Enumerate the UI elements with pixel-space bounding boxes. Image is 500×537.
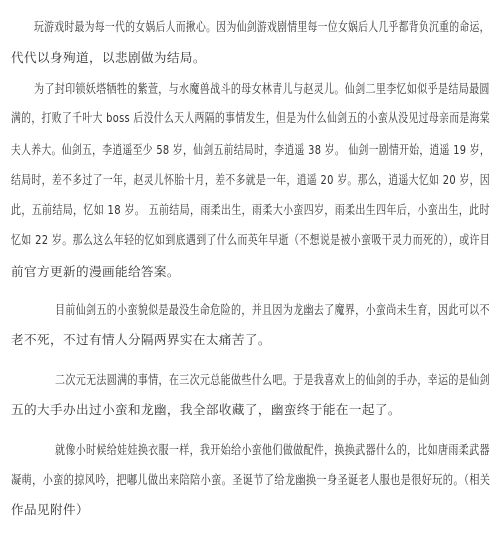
paragraph-line: 前官方更新的漫画能给答案。 bbox=[11, 262, 490, 282]
paragraph-line: 五的大手办出过小蛮和龙幽，我全部收藏了，幽蛮终于能在一起了。 bbox=[11, 400, 490, 420]
paragraph-line: 就像小时候给娃娃换衣服一样，我开始给小蛮他们做做配件，换换武器什么的，比如唐雨柔… bbox=[55, 440, 402, 460]
paragraph-line: 代代以身殉道，以悲剧做为结局。 bbox=[11, 48, 490, 68]
paragraph-line: 玩游戏时最为每一代的女娲后人而揪心。因为仙剑游戏剧情里每一位女娲后人几乎都背负沉… bbox=[34, 17, 389, 37]
paragraph-line: 目前仙剑五的小蛮貌似是最没生命危险的，并且因为龙幽去了魔界，小蛮尚未生育，因此可… bbox=[55, 300, 402, 320]
paragraph-line: 为了封印锁妖塔牺牲的紫萱，与水魔兽战斗的母女林青儿与赵灵儿。仙剑二里李忆如似乎是… bbox=[34, 79, 398, 99]
paragraph-line: 老不死，不过有情人分隔两界实在太痛苦了。 bbox=[11, 330, 490, 350]
paragraph-line: 忆如 22 岁。那么这么年轻的忆如到底遇到了什么而英年早逝（不想说是被小蛮吸干灵… bbox=[11, 230, 391, 250]
paragraph-line: 此，五前结局，忆如 18 岁。 五前结局，雨柔出生，雨柔大小蛮四岁，雨柔出生四年… bbox=[11, 200, 392, 220]
paragraph-line: 作品见附件） bbox=[11, 500, 490, 520]
paragraph-line: 满的，打败了千叶大 boss 后没什么天人两隔的事情发生，但是为什么仙剑五的小蛮… bbox=[11, 108, 387, 128]
paragraph-line: 夫人养大。仙剑五，李逍遥至少 58 岁，仙剑五前结局时，李逍遥 38 岁。 仙剑… bbox=[11, 140, 385, 160]
paragraph-line: 结局时，差不多过了一年，赵灵儿怀胎十月，差不多就是一年，逍遥 20 岁。那么，逍… bbox=[11, 170, 387, 190]
article-body: 玩游戏时最为每一代的女娲后人而揪心。因为仙剑游戏剧情里每一位女娲后人几乎都背负沉… bbox=[0, 0, 500, 537]
paragraph-line: 二次元无法圆满的事情，在三次元总能做些什么吧。于是我喜欢上的仙剑的手办，幸运的是… bbox=[55, 370, 402, 390]
paragraph-line: 凝萌，小蛮的掠风吟，把嘟儿做出来陪陪小蛮。圣诞节了给龙幽换一身圣诞老人服也是很好… bbox=[11, 470, 399, 490]
